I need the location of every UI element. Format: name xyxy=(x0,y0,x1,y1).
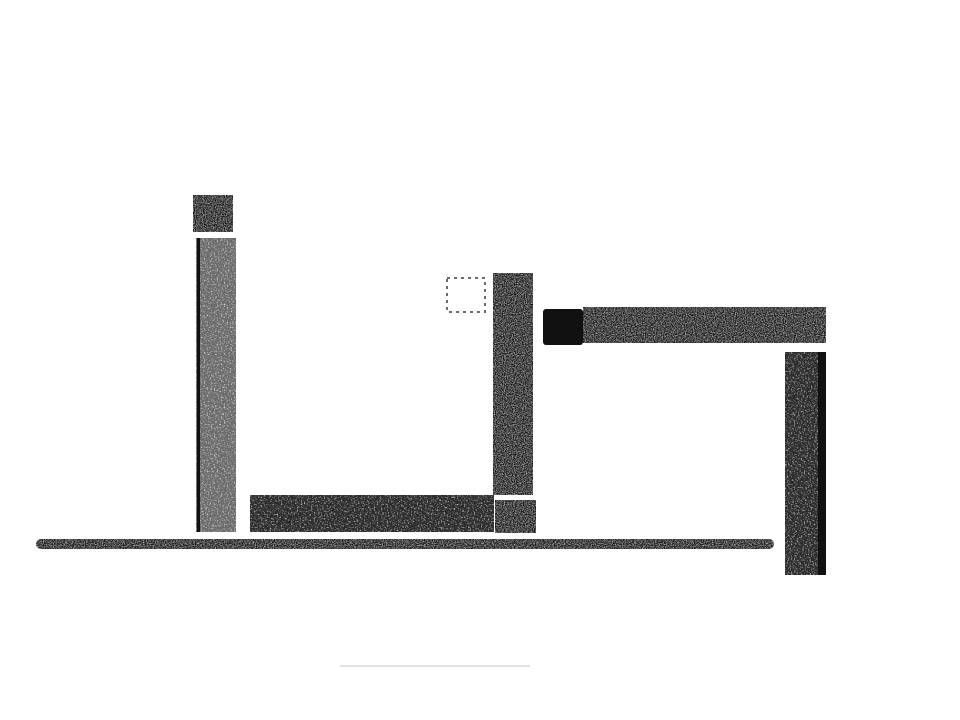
bottom-block xyxy=(250,495,494,532)
center-column xyxy=(493,273,536,533)
left-column xyxy=(196,238,236,532)
top-right-bar xyxy=(543,307,826,345)
right-column xyxy=(785,352,826,575)
faint-mark xyxy=(340,665,530,667)
ground-line xyxy=(36,539,774,549)
artwork-canvas xyxy=(0,0,960,720)
left-cap xyxy=(193,195,233,232)
artwork xyxy=(0,0,960,720)
